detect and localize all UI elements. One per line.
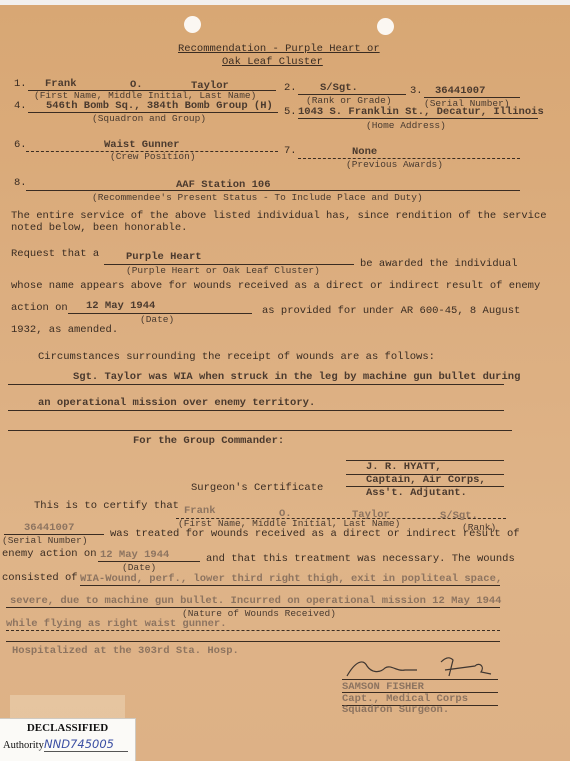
surgeon-title: Squadron Surgeon. <box>342 704 449 716</box>
field-7-number: 7. <box>284 145 297 157</box>
punch-hole-right <box>377 18 394 35</box>
form-title-line2: Oak Leaf Cluster <box>222 56 323 68</box>
surgeon-signature-icon <box>345 652 495 682</box>
certify-line3-suffix: and that this treatment was necessary. T… <box>206 553 515 565</box>
field-5-number: 5. <box>284 106 297 118</box>
request-suffix: be awarded the individual <box>360 258 518 270</box>
award-caption: (Purple Heart or Oak Leaf Cluster) <box>126 265 320 277</box>
wounds-line2: severe, due to machine gun bullet. Incur… <box>10 595 501 607</box>
authority-value: NND745005 <box>44 737 128 752</box>
squadron-group-value: 546th Bomb Sq., 384th Bomb Group (H) <box>46 100 273 112</box>
circumstances-intro: Circumstances surrounding the receipt of… <box>38 351 435 363</box>
authority-label: Authority <box>3 740 44 751</box>
field-5-underline <box>298 118 538 119</box>
wounds-underline-4 <box>6 641 500 642</box>
commander-name: J. R. HYATT, <box>366 461 442 473</box>
certify-serial-number: 36441007 <box>24 522 74 534</box>
certify-date: 12 May 1944 <box>100 549 169 561</box>
home-address-value: 1043 S. Franklin St., Decatur, Illinois <box>298 106 544 118</box>
declassified-stamp: DECLASSIFIED Authority NND745005 <box>0 718 136 761</box>
date-caption: (Date) <box>140 314 174 326</box>
circumstances-underline-2 <box>8 410 504 411</box>
tape-residue <box>10 695 125 720</box>
field-1-number: 1. <box>14 78 27 90</box>
field-4-caption: (Squadron and Group) <box>92 113 206 125</box>
field-3-number: 3. <box>410 85 423 97</box>
previous-awards-value: None <box>352 146 377 158</box>
field-6-number: 6. <box>14 139 27 151</box>
field-6-caption: (Crew Position) <box>110 151 196 163</box>
action-date-value: 12 May 1944 <box>86 300 155 312</box>
circumstances-line2: an operational mission over enemy territ… <box>38 397 315 409</box>
certify-line3-prefix: enemy action on <box>2 548 97 560</box>
field-8-caption: (Recommendee's Present Status - To Inclu… <box>92 192 423 204</box>
form-title-line1: Recommendation - Purple Heart or <box>178 43 380 55</box>
request-line3-prefix: action on <box>11 302 68 314</box>
certify-first-name: Frank <box>184 505 216 517</box>
request-prefix: Request that a <box>11 248 99 260</box>
circumstances-underline-3 <box>8 430 512 431</box>
crew-position-value: Waist Gunner <box>104 139 180 151</box>
surgeon-signature-line <box>342 679 498 680</box>
wounds-line3: while flying as right waist gunner. <box>6 618 227 630</box>
field-7-caption: (Previous Awards) <box>346 159 443 171</box>
first-name-value: Frank <box>45 78 77 90</box>
wounds-line1: WIA-Wound, perf., lower third right thig… <box>80 573 502 585</box>
certify-serial-caption: (Serial Number) <box>2 535 88 547</box>
wounds-underline-1 <box>80 585 500 586</box>
field-4-number: 4. <box>14 100 27 112</box>
certify-rank: S/Sgt. <box>440 510 478 522</box>
circumstances-underline-1 <box>8 384 504 385</box>
rank-value: S/Sgt. <box>320 82 358 94</box>
field-8-underline <box>26 190 520 191</box>
field-5-caption: (Home Address) <box>366 120 446 132</box>
service-statement-line1: The entire service of the above listed i… <box>11 210 547 222</box>
hospitalized-text: Hospitalized at the 303rd Sta. Hosp. <box>12 645 239 657</box>
surgeon-certificate-heading: Surgeon's Certificate <box>191 482 323 494</box>
present-status-value: AAF Station 106 <box>176 179 271 191</box>
request-line2: whose name appears above for wounds rece… <box>11 280 540 292</box>
group-commander-label: For the Group Commander: <box>133 435 284 447</box>
award-value: Purple Heart <box>126 251 202 263</box>
punch-hole-left <box>184 16 201 33</box>
certify-prefix: This is to certify that <box>34 500 179 512</box>
circumstances-line1: Sgt. Taylor was WIA when struck in the l… <box>73 371 520 383</box>
field-8-number: 8. <box>14 177 27 189</box>
serial-number-value: 36441007 <box>435 85 485 97</box>
commander-title: Ass't. Adjutant. <box>366 487 467 499</box>
certify-line4-prefix: consisted of <box>2 572 78 584</box>
service-statement-line2: noted below, been honorable. <box>11 222 187 234</box>
declassified-title: DECLASSIFIED <box>0 722 135 734</box>
commander-rank: Captain, Air Corps, <box>366 474 486 486</box>
wounds-underline-3 <box>6 630 500 631</box>
field-2-number: 2. <box>284 82 297 94</box>
request-line3-suffix: as provided for under AR 600-45, 8 Augus… <box>262 305 520 317</box>
request-line4: 1932, as amended. <box>11 324 118 336</box>
certify-line2-text: was treated for wounds received as a dir… <box>110 528 520 540</box>
